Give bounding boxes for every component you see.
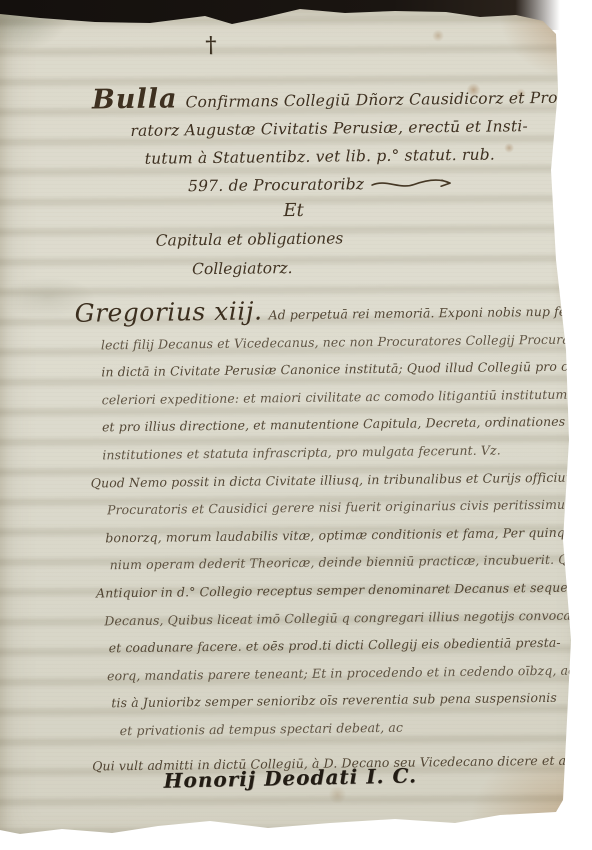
manuscript-line: et privationis ad tempus spectari debeat… — [120, 712, 576, 745]
body-text-block: Gregorius xiij.Ad perpetuā rei memoriā. … — [90, 294, 576, 780]
manuscript-line-text: Ad perpetuā rei memoriā. Exponi nobis nu… — [268, 303, 592, 322]
invocation-cross-mark: † — [205, 33, 216, 58]
subtitle-block: Et Capitula et obligationes Collegiatorz… — [93, 194, 444, 285]
subtitle-line: Collegiatorz. — [192, 252, 444, 284]
pen-flourish-swash — [370, 176, 456, 191]
manuscript-line: et pro illius directione, et manutention… — [102, 408, 572, 441]
title-opening-word: Bulla — [92, 83, 178, 115]
manuscript-paper: † BullaConfirmans Collegiū Dñorz Causidi… — [0, 0, 592, 850]
ink-layer: † BullaConfirmans Collegiū Dñorz Causidi… — [0, 0, 592, 850]
photo-backdrop: { "document": { "kind": "manuscript-page… — [0, 0, 592, 850]
body-opening-word: Gregorius xiij. — [74, 296, 262, 327]
manuscript-line: tis à Junioribz semper senioribz oīs rev… — [111, 684, 575, 717]
title-block: BullaConfirmans Collegiū Dñorz Causidico… — [92, 81, 563, 202]
title-line: ratorz Augustæ Civitatis Perusiæ, erectū… — [130, 112, 562, 145]
title-line-text: Confirmans Collegiū Dñorz Causidicorz et… — [185, 88, 582, 111]
subtitle-line: Et — [283, 194, 443, 225]
subtitle-line: Capitula et obligationes — [156, 223, 444, 256]
